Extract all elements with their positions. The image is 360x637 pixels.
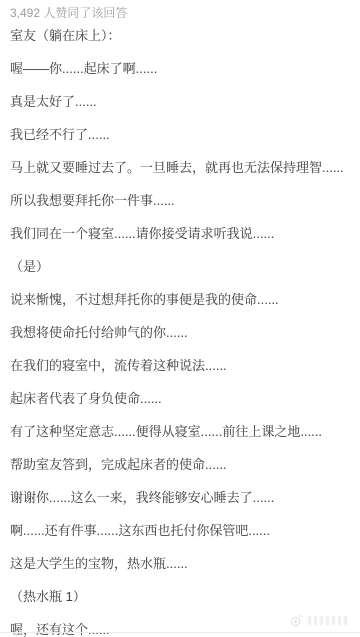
dialogue-line: 真是太好了...... [10,95,352,109]
dialogue-line: 谢谢你......这么一来，我终能够安心睡去了...... [10,491,352,505]
dialogue-line: 啊......还有件事......这东西也托付你保管吧...... [10,524,352,538]
upvote-count: 3,492 人赞同了该回答 [10,7,352,20]
dialogue-line: 我已经不行了...... [10,128,352,142]
dialogue-line: 有了这种坚定意志......便得从寝室......前往上课之地...... [10,425,352,439]
dialogue-line: 这是大学生的宝物，热水瓶...... [10,557,352,571]
dialogue-line: 在我们的寝室中，流传着这种说法...... [10,359,352,373]
dialogue-line: 喔——你......起床了啊...... [10,62,352,76]
dialogue-line: 我想将使命托付给帅气的你...... [10,326,352,340]
watermark-text [308,616,350,625]
dialogue-line: 说来惭愧，不过想拜托你的事便是我的使命...... [10,293,352,307]
watermark [289,613,350,628]
dialogue-line: （热水瓶 1） [10,590,352,604]
dialogue-line: 我们同在一个寝室......请你接受请求听我说...... [10,227,352,241]
answer-screen: 3,492 人赞同了该回答 室友（躺在床上）：喔——你......起床了啊...… [0,0,360,637]
dialogue: 室友（躺在床上）：喔——你......起床了啊......真是太好了......… [10,29,352,637]
dialogue-line: 室友（躺在床上）： [10,29,352,43]
bottom-divider [0,632,360,633]
dialogue-line: 所以我想要拜托你一件事...... [10,194,352,208]
dialogue-line: 帮助室友答到，完成起床者的使命...... [10,458,352,472]
weibo-logo-icon [289,613,304,628]
dialogue-line: 起床者代表了身负使命...... [10,392,352,406]
dialogue-line: （是） [10,260,352,274]
answer-content: 3,492 人赞同了该回答 室友（躺在床上）：喔——你......起床了啊...… [0,0,360,637]
dialogue-line: 马上就又要睡过去了。一旦睡去，就再也无法保持理智...... [10,161,352,175]
